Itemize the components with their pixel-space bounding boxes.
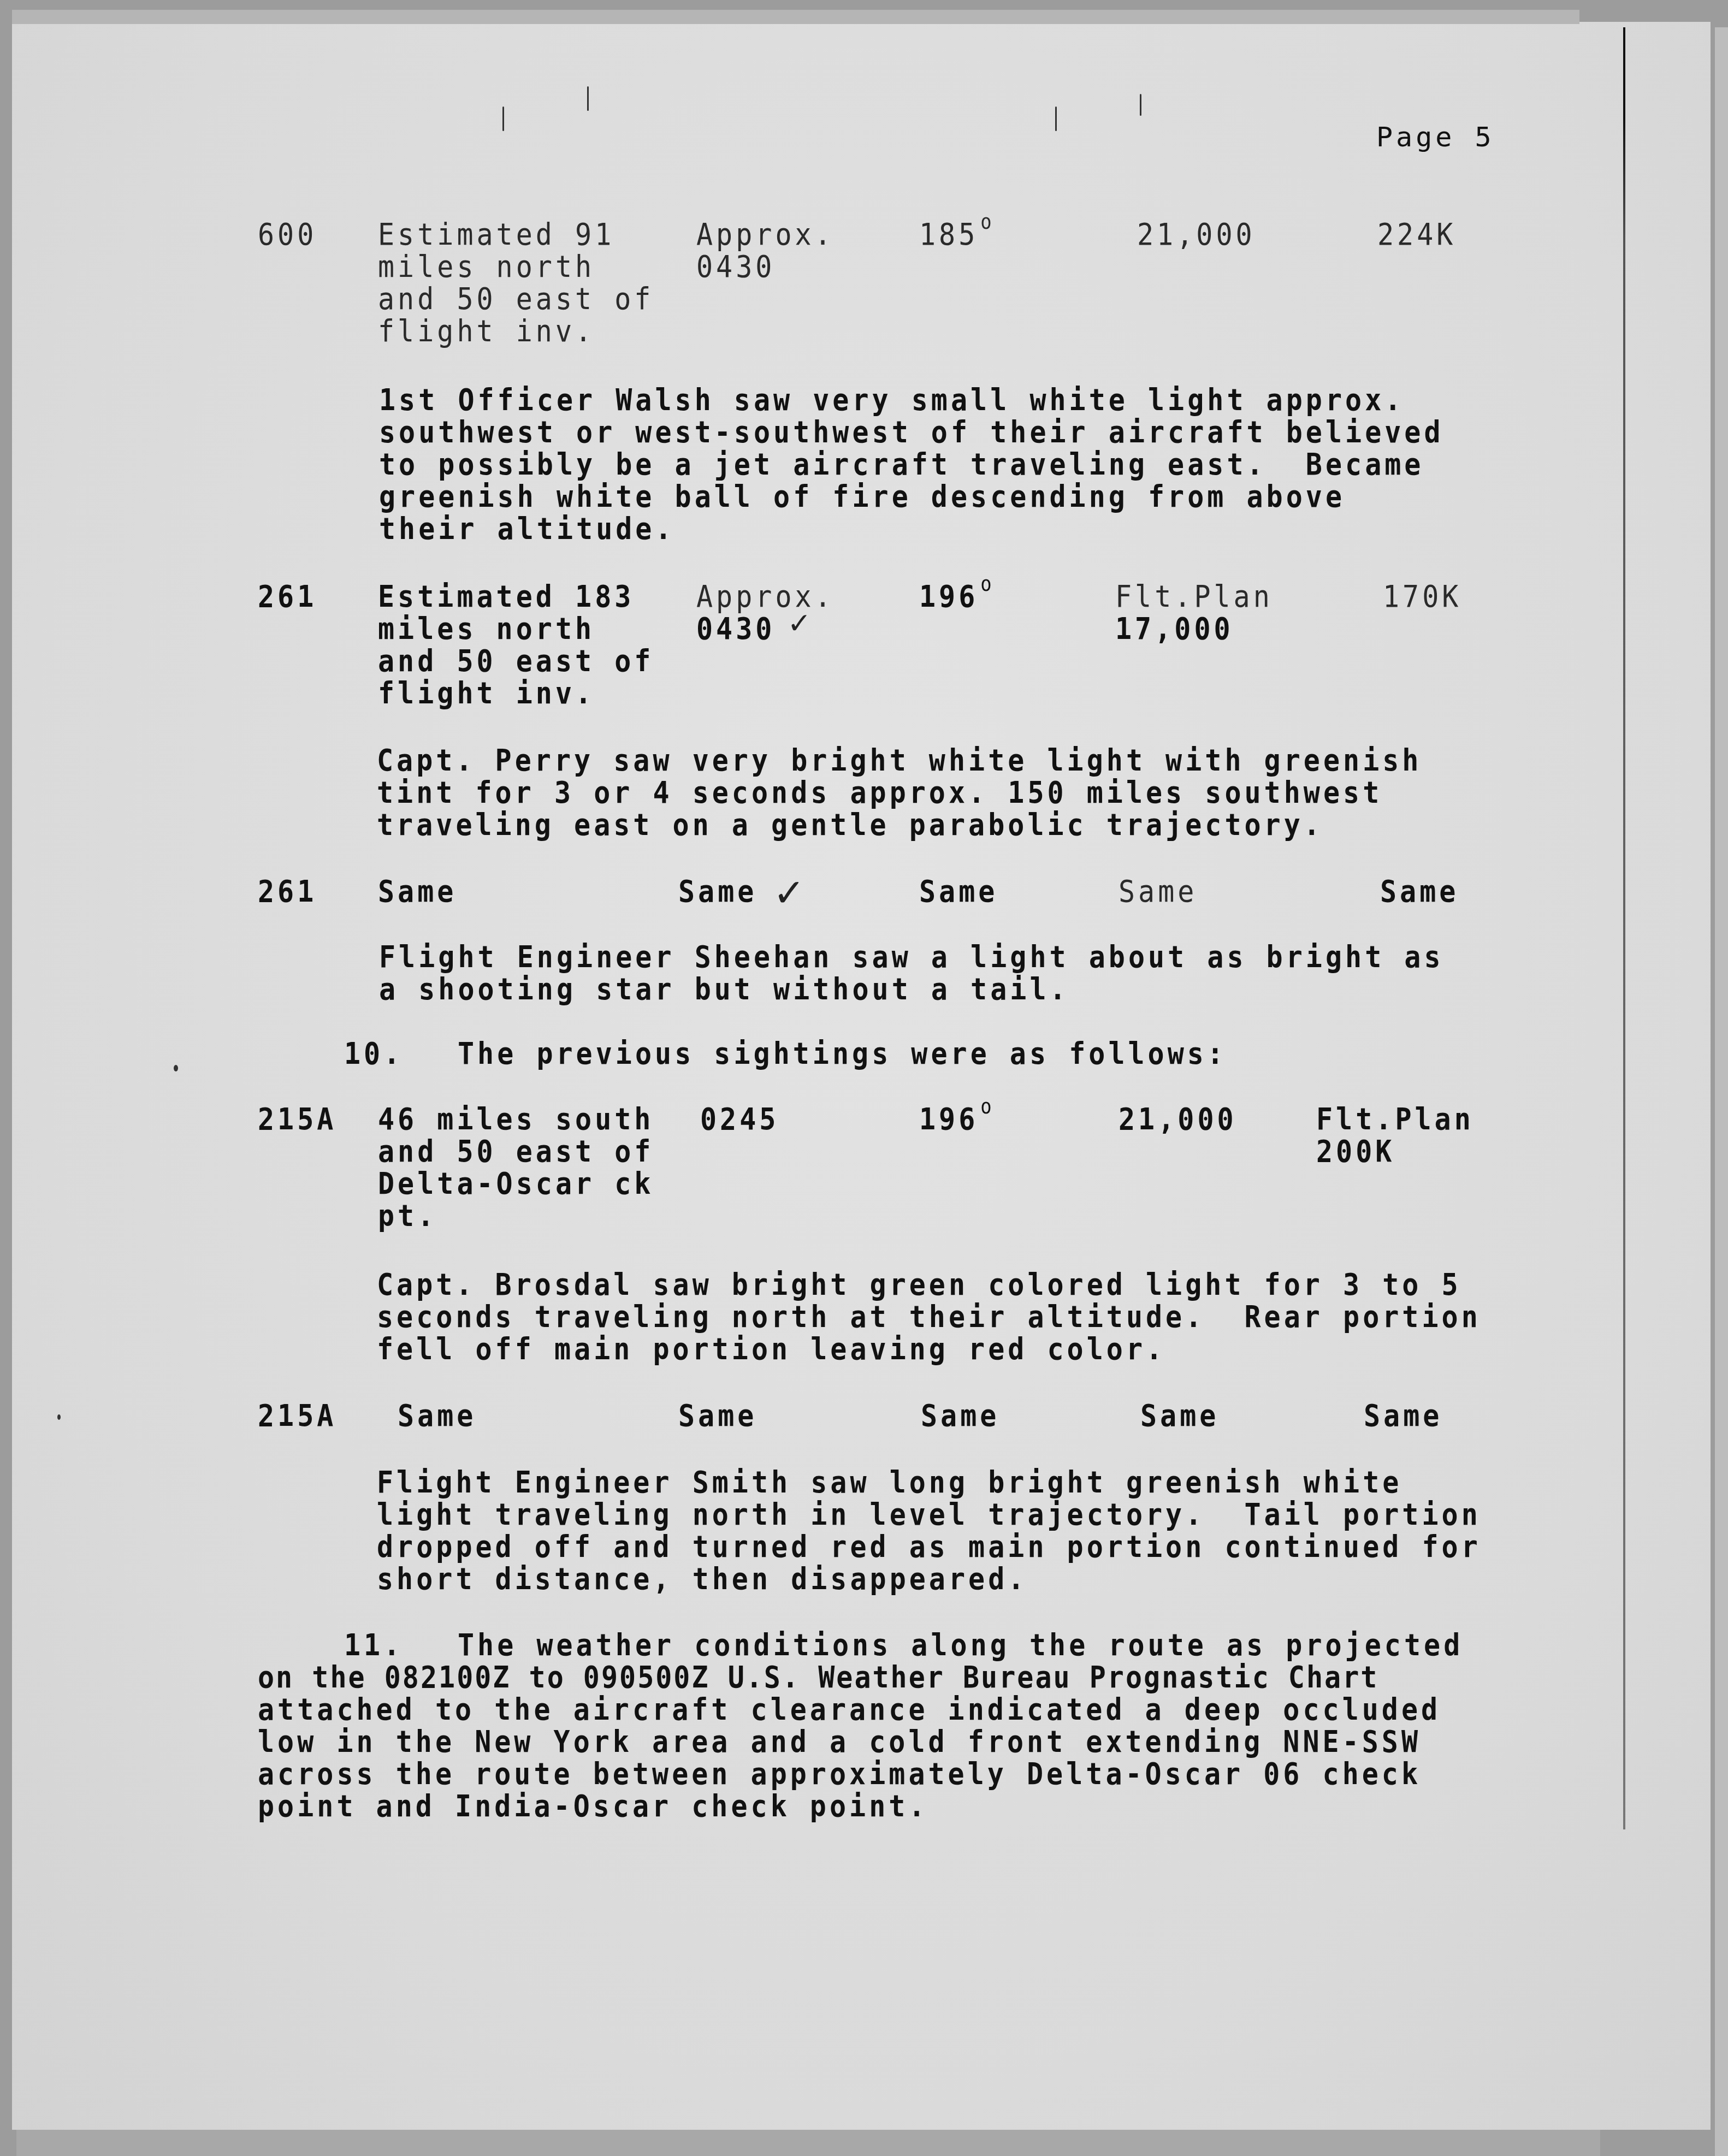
altitude-line: 21,000	[1119, 1100, 1237, 1138]
scan-right-edge	[1715, 27, 1728, 2156]
altitude-line: Same	[1119, 873, 1197, 910]
location-line: pt.	[378, 1197, 437, 1234]
flight-number: 600	[258, 216, 317, 253]
speed-line: 170K	[1383, 578, 1461, 615]
speed-line: 200K	[1316, 1133, 1395, 1170]
speed-line: 224K	[1377, 216, 1456, 253]
flight-number: 215A	[258, 1100, 336, 1138]
section-heading: The previous sightings were as follows:	[458, 1035, 1227, 1072]
check-mark-icon: ✓	[776, 866, 802, 917]
margin-line	[1623, 27, 1625, 1829]
scan-top-edge	[12, 10, 1579, 24]
heading-value: Same	[921, 1397, 999, 1434]
location-line: Same	[398, 1397, 476, 1434]
description-line: a shooting star but without a tail.	[379, 970, 1069, 1008]
time-line: Same	[678, 873, 757, 910]
altitude-line: 21,000	[1137, 216, 1256, 253]
punch-mark	[587, 86, 589, 111]
location-line: flight inv.	[378, 312, 595, 350]
degree-symbol: o	[980, 210, 995, 234]
punch-mark	[1140, 94, 1141, 116]
flight-number: 215A	[258, 1397, 336, 1434]
altitude-line: 17,000	[1115, 610, 1234, 647]
speed-line: Same	[1380, 873, 1459, 910]
time-line: 0245	[700, 1100, 779, 1138]
time-line: Same	[678, 1397, 757, 1434]
heading-value: Same	[919, 873, 998, 910]
description-line: traveling east on a gentle parabolic tra…	[377, 806, 1323, 843]
heading-value: 196o	[919, 1100, 995, 1141]
flight-number: 261	[258, 578, 317, 615]
description-line: their altitude.	[379, 510, 675, 547]
heading-number: 196	[919, 578, 978, 614]
page-number: Page 5	[1376, 121, 1495, 153]
description-line: fell off main portion leaving red color.	[377, 1330, 1165, 1367]
speed-line: Same	[1364, 1397, 1442, 1434]
degree-symbol: o	[980, 1094, 995, 1119]
section-number: 10.	[344, 1035, 403, 1072]
time-line: 0430	[696, 610, 775, 647]
check-mark-icon: ✓	[789, 603, 809, 642]
flight-number: 261	[258, 873, 317, 910]
heading-number: 196	[919, 1101, 978, 1136]
heading-number: 185	[919, 216, 978, 252]
altitude-line: Same	[1140, 1397, 1219, 1434]
speck	[57, 1414, 61, 1420]
heading-value: 196o	[919, 578, 995, 619]
time-line: 0430	[696, 248, 775, 285]
punch-mark	[1055, 106, 1057, 131]
location-line: Same	[378, 873, 457, 910]
scan-bottom-edge	[16, 2130, 1600, 2156]
description-line: short distance, then disappeared.	[377, 1560, 1027, 1597]
paragraph-line: point and India-Oscar check point.	[258, 1787, 928, 1825]
location-line: flight inv.	[378, 674, 595, 712]
speck	[174, 1065, 178, 1071]
degree-symbol: o	[980, 572, 995, 596]
punch-mark	[502, 106, 504, 131]
heading-value: 185o	[919, 216, 995, 257]
